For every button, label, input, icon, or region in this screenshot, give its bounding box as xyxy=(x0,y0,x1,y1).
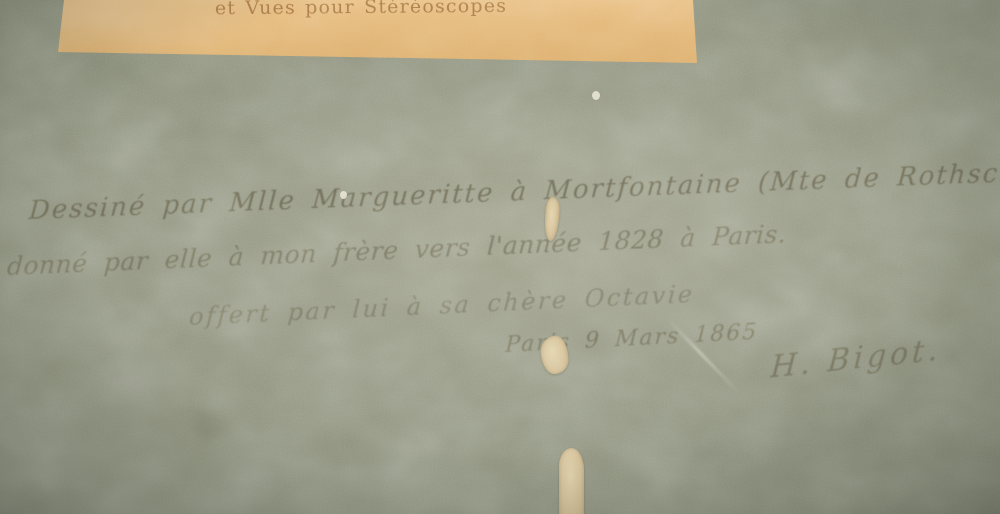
label-text: et Vues pour Stéréoscopes xyxy=(56,0,666,21)
damage-spot xyxy=(592,91,600,100)
damage-spot xyxy=(340,191,347,199)
inscription-line-1: Dessiné par Mlle Margueritte à Mortfonta… xyxy=(28,156,1000,226)
photo-cardboard-back: et Vues pour Stéréoscopes Dessiné par Ml… xyxy=(0,0,1000,514)
inscription-line-3: offert par lui à sa chère Octavie xyxy=(188,280,695,331)
inscription-signature: H. Bigot. xyxy=(770,332,943,385)
inscription-line-2: donné par elle à mon frère vers l'année … xyxy=(6,219,787,281)
damage-spot xyxy=(559,448,584,514)
paper-label: et Vues pour Stéréoscopes xyxy=(56,0,702,66)
